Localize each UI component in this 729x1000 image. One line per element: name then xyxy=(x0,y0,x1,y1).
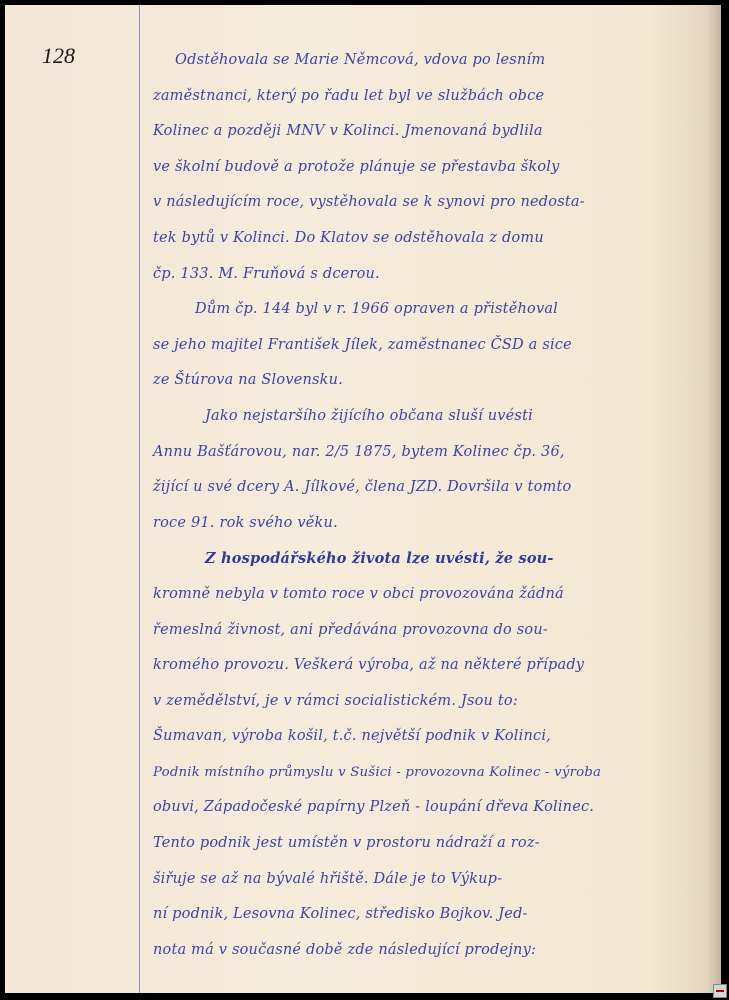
handwritten-text-block: Odstěhovala se Marie Němcová, vdova po l… xyxy=(153,43,683,968)
text-line: Kolinec a později MNV v Kolinci. Jmenova… xyxy=(153,114,683,150)
text-line: tek bytů v Kolinci. Do Klatov se odstěho… xyxy=(153,221,683,257)
text-line: Odstěhovala se Marie Němcová, vdova po l… xyxy=(153,43,683,79)
text-line: roce 91. rok svého věku. xyxy=(153,506,683,542)
text-line: Šumavan, výroba košil, t.č. největší pod… xyxy=(153,719,683,755)
text-line: v následujícím roce, vystěhovala se k sy… xyxy=(153,185,683,221)
text-line: kromého provozu. Veškerá výroba, až na n… xyxy=(153,648,683,684)
text-line: Podnik místního průmyslu v Sušici - prov… xyxy=(153,755,683,791)
margin-line xyxy=(139,5,140,993)
ledger-page: 128 Odstěhovala se Marie Němcová, vdova … xyxy=(5,5,721,993)
text-line: Jako nejstaršího žijícího občana sluší u… xyxy=(153,399,683,435)
text-line: se jeho majitel František Jílek, zaměstn… xyxy=(153,328,683,364)
text-line: v zemědělství, je v rámci socialistickém… xyxy=(153,684,683,720)
text-line: obuvi, Západočeské papírny Plzeň - loupá… xyxy=(153,790,683,826)
text-line: řemeslná živnost, ani předávána provozov… xyxy=(153,613,683,649)
text-line: nota má v současné době zde následující … xyxy=(153,933,683,969)
text-line: šiřuje se až na bývalé hřiště. Dále je t… xyxy=(153,862,683,898)
text-line: Tento podnik jest umístěn v prostoru nád… xyxy=(153,826,683,862)
text-line: žijící u své dcery A. Jílkové, člena JZD… xyxy=(153,470,683,506)
text-line: ní podnik, Lesovna Kolinec, středisko Bo… xyxy=(153,897,683,933)
text-line: Dům čp. 144 byl v r. 1966 opraven a přis… xyxy=(153,292,683,328)
minimize-icon[interactable] xyxy=(713,984,727,998)
text-line: zaměstnanci, který po řadu let byl ve sl… xyxy=(153,79,683,115)
text-line: Annu Bašťárovou, nar. 2/5 1875, bytem Ko… xyxy=(153,435,683,471)
text-line: ze Štúrova na Slovensku. xyxy=(153,363,683,399)
text-line: Z hospodářského života lze uvésti, že so… xyxy=(153,541,683,577)
text-line: ve školní budově a protože plánuje se př… xyxy=(153,150,683,186)
text-line: čp. 133. M. Fruňová s dcerou. xyxy=(153,257,683,293)
page-number: 128 xyxy=(42,43,75,69)
text-line: kromně nebyla v tomto roce v obci provoz… xyxy=(153,577,683,613)
